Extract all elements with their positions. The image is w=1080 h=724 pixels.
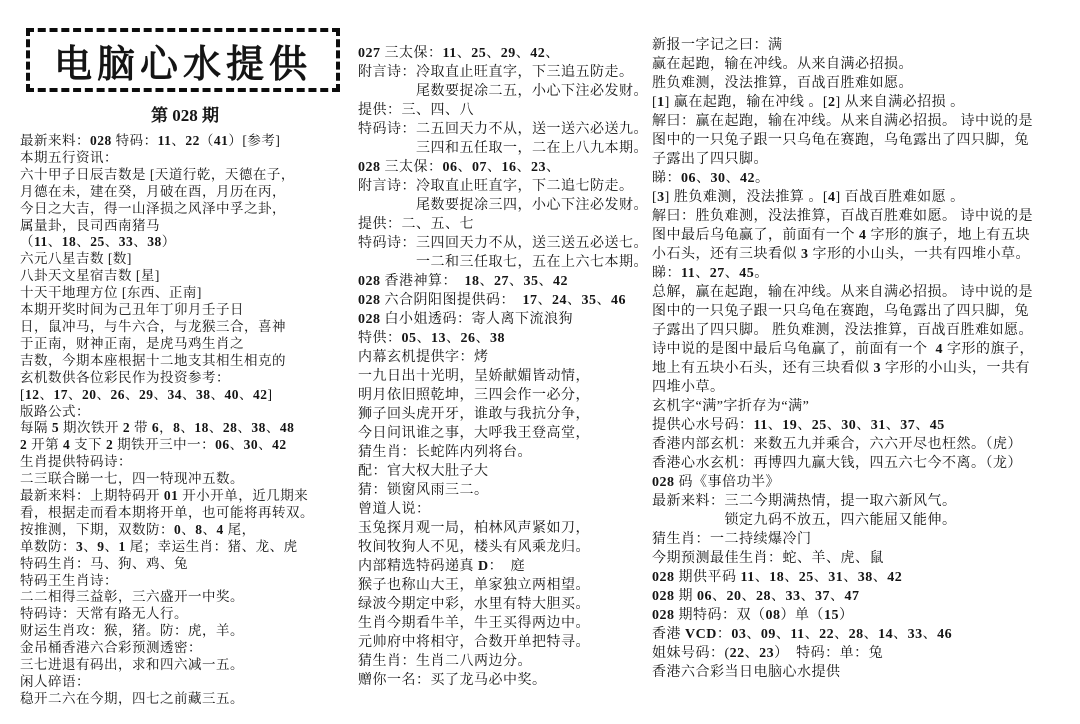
text-line: 诗中说的是图中最后乌龟赢了，前面有一个 4 字形的旗子， [652, 340, 1078, 359]
text-line: 赠你一名：买了龙马必中奖。 [358, 671, 658, 690]
text-line: 三七进退有码出，求和四六减一五。 [20, 657, 354, 674]
text-line: 028 香港神算： 18、27、35、42 [358, 272, 658, 291]
text-line: 内幕玄机提供字：烤 [358, 348, 658, 367]
text-line: 今日问讯谁之事，大呼我王登高堂， [358, 424, 658, 443]
text-line: 028 期特码：双（08）单（15） [652, 606, 1078, 625]
text-line: 特码王生肖诗： [20, 573, 354, 590]
text-line: 内部精选特码递真 D： 庭 [358, 557, 658, 576]
left-column-lines: 最新来料：028 特码：11、22（41）[参考]本期五行资讯：六十甲子日辰吉数… [20, 133, 354, 708]
text-line: 版路公式： [20, 404, 354, 421]
text-line: 月德在未，建在癸，月破在酉，月历在丙， [20, 184, 354, 201]
text-line: 六十甲子日辰吉数是 [天道行乾，天德在子， [20, 167, 354, 184]
text-line: 028 六合阴阳图提供码： 17、24、35、46 [358, 291, 658, 310]
text-line: 香港六合彩当日电脑心水提供 [652, 663, 1078, 682]
text-line: 地上有五块小石头，还有三块看似 3 字形的小山头，一共有 [652, 359, 1078, 378]
text-line: 玉兔探月观一局，柏林风声紧如刀， [358, 519, 658, 538]
text-line: 解曰：赢在起跑，输在冲线。从来自满必招损。 诗中说的是 [652, 112, 1078, 131]
text-line: 028 期供平码 11、18、25、31、38、42 [652, 568, 1078, 587]
text-line: 特码诗：二五回天力不从，送一送六必送九。 [358, 120, 658, 139]
text-line: 二三联合睇一七，四一特现冲五数。 [20, 471, 354, 488]
text-line: 028 白小姐透码：寄人离下流浪狗 [358, 310, 658, 329]
text-line: 胜负难测，没法推算，百战百胜难如愿。 [652, 74, 1078, 93]
text-line: 每隔 5 期次铁开 2 带 6，8、18、28、38、48 [20, 420, 354, 437]
text-line: 最新来料：上期特码开 01 开小开单，近几期来 [20, 488, 354, 505]
text-line: 尾数要捉凃二五，小心下注必发财。 [358, 82, 658, 101]
text-line: 小石头，还有三块看似 3 字形的小山头，一共有四堆小草。 [652, 245, 1078, 264]
text-line: 十天干地理方位 [东西、正南] [20, 285, 354, 302]
text-line: 锁定九码不放五，四六能屈又能伸。 [652, 511, 1078, 530]
text-line: 六元八星吉数 [数] [20, 251, 354, 268]
text-line: 牧间牧狗人不见，楼头有风乘龙归。 [358, 538, 658, 557]
right-column: 新报一字记之曰：满赢在起跑，输在冲线。从来自满必招损。胜负难测，没法推算，百战百… [652, 36, 1078, 682]
text-line: 生肖提供特码诗： [20, 454, 354, 471]
text-line: 明月依旧照乾坤，三四会作一必分， [358, 386, 658, 405]
text-line: 猜生肖：一二持续爆冷门 [652, 530, 1078, 549]
text-line: 香港心水玄机：再博四九赢大钱，四五六七今不离。（龙） [652, 454, 1078, 473]
text-line: 最新来料：028 特码：11、22（41）[参考] [20, 133, 354, 150]
text-line: 图中的一只兔子跟一只乌龟在赛跑，乌龟露出了四只脚，兔 [652, 302, 1078, 321]
text-line: 香港内部玄机：来数五九并乘合，六六开尽也枉然。（虎） [652, 435, 1078, 454]
text-line: 金吊桶香港六合彩预测透密： [20, 640, 354, 657]
text-line: 最新来料：三二今期满热情，提一取六新风气。 [652, 492, 1078, 511]
text-line: 图中最后乌龟赢了，前面有一个 4 字形的旗子，地上有五块 [652, 226, 1078, 245]
issue-number: 第 028 期 [20, 101, 350, 126]
text-line: 闲人碎语： [20, 674, 354, 691]
text-line: 猜：锁窗风雨三二。 [358, 481, 658, 500]
text-line: [3] 胜负难测，没法推算 。[4] 百战百胜难如愿 。 [652, 188, 1078, 207]
text-line: 香港 VCD：03、09、11、22、28、14、33、46 [652, 625, 1078, 644]
text-line: 二二相得三益彰，三六盛开一中奖。 [20, 589, 354, 606]
text-line: 特码诗：三四回天力不从，送三送五必送七。 [358, 234, 658, 253]
text-line: 猴子也称山大王，单家独立两相望。 [358, 576, 658, 595]
text-line: 今日之大吉，得一山泽损之风泽中孚之卦， [20, 201, 354, 218]
masthead-box: 电脑心水提供 [26, 28, 340, 92]
text-line: 027 三太保：11、25、29、42、 [358, 44, 658, 63]
text-line: 曾道人说： [358, 500, 658, 519]
left-column: 电脑心水提供 第 028 期 最新来料：028 特码：11、22（41）[参考]… [20, 28, 354, 708]
text-line: 2 开第 4 支下 2 期铁开三中一：06、30、42 [20, 437, 354, 454]
text-line: 睇：11、27、45。 [652, 264, 1078, 283]
text-line: 按推测，下期，双数防：0、8、4 尾， [20, 522, 354, 539]
text-line: 028 码《事倍功半》 [652, 473, 1078, 492]
text-line: （11、18、25、33、38） [20, 234, 354, 251]
text-line: 本期开奖时间为己丑年丁卯月壬子日 [20, 302, 354, 319]
text-line: 狮子回头虎开牙，谁敢与我抗分争， [358, 405, 658, 424]
text-line: 一二和三任取七，五在上六七本期。 [358, 253, 658, 272]
text-line: 提供：二、五、七 [358, 215, 658, 234]
text-line: 配：官大权大肚子大 [358, 462, 658, 481]
text-line: 子露出了四只脚。 [652, 150, 1078, 169]
text-line: 四堆小草。 [652, 378, 1078, 397]
page-title: 电脑心水提供 [54, 33, 312, 88]
tip-sheet-page: 电脑心水提供 第 028 期 最新来料：028 特码：11、22（41）[参考]… [0, 0, 1080, 724]
text-line: 猜生肖：长蛇阵内列将台。 [358, 443, 658, 462]
text-line: 财运生肖攻：猴，猪。防：虎，羊。 [20, 623, 354, 640]
text-line: 日，鼠冲马，与牛六合，与龙猴三合，喜神 [20, 319, 354, 336]
text-line: 附言诗：冷取直止旺直字，下三追五防走。 [358, 63, 658, 82]
text-line: 吉数，今期本座根据十二地支其相生相克的 [20, 353, 354, 370]
text-line: 稳开二六在今期，四七之前藏三五。 [20, 691, 354, 708]
text-line: 玄机数供各位彩民作为投资参考： [20, 370, 354, 387]
text-line: 绿波今期定中彩，水里有特大胆买。 [358, 595, 658, 614]
text-line: 提供：三、四、八 [358, 101, 658, 120]
middle-column: 027 三太保：11、25、29、42、附言诗：冷取直止旺直字，下三追五防走。 … [358, 44, 658, 690]
text-line: 睇：06、30、42。 [652, 169, 1078, 188]
text-line: 特供：05、13、26、38 [358, 329, 658, 348]
text-line: 特码诗：天常有路无人行。 [20, 606, 354, 623]
text-line: 赢在起跑，输在冲线。从来自满必招损。 [652, 55, 1078, 74]
text-line: 生肖今期看牛羊，牛王买得两边中。 [358, 614, 658, 633]
text-line: 八卦天文星宿吉数 [星] [20, 268, 354, 285]
text-line: 图中的一只兔子跟一只乌龟在赛跑，乌龟露出了四只脚，兔 [652, 131, 1078, 150]
text-line: 姐妹号码：(22、23） 特码：单：兔 [652, 644, 1078, 663]
text-line: 附言诗：冷取直止旺直字，下二追七防走。 [358, 177, 658, 196]
text-line: [1] 赢在起跑，输在冲线 。[2] 从来自满必招损 。 [652, 93, 1078, 112]
text-line: 玄机字“满”字折存为“满” [652, 397, 1078, 416]
text-line: 子露出了四只脚。 胜负难测，没法推算，百战百胜难如愿。 [652, 321, 1078, 340]
text-line: 028 三太保：06、07、16、23、 [358, 158, 658, 177]
text-line: 028 期 06、20、28、33、37、47 [652, 587, 1078, 606]
text-line: 本期五行资讯： [20, 150, 354, 167]
text-line: 解曰：胜负难测，没法推算，百战百胜难如愿。 诗中说的是 [652, 207, 1078, 226]
text-line: 单数防：3、9、1 尾；幸运生肖：猪、龙、虎 [20, 539, 354, 556]
text-line: 总解，赢在起跑，输在冲线。从来自满必招损。 诗中说的是 [652, 283, 1078, 302]
text-line: 今期预测最佳生肖：蛇、羊、虎、鼠 [652, 549, 1078, 568]
text-line: 三四和五任取一，二在上八九本期。 [358, 139, 658, 158]
text-line: [12、17、20、26、29、34、38、40、42] [20, 387, 354, 404]
text-line: 一九日出十光明，呈娇献媚皆动情， [358, 367, 658, 386]
text-line: 元帅府中将相守，合数开单把特寻。 [358, 633, 658, 652]
text-line: 于正南，财神正南，是虎马鸡生肖之 [20, 336, 354, 353]
text-line: 尾数要捉凃三四，小心下注必发财。 [358, 196, 658, 215]
text-line: 看，根据走而看本期将开单，也可能将再转双。 [20, 505, 354, 522]
text-line: 特码生肖：马、狗、鸡、兔 [20, 556, 354, 573]
text-line: 提供心水号码：11、19、25、30、31、37、45 [652, 416, 1078, 435]
text-line: 猜生肖：生肖二八两边分。 [358, 652, 658, 671]
text-line: 属量卦，艮司西南猪马 [20, 218, 354, 235]
text-line: 新报一字记之曰：满 [652, 36, 1078, 55]
